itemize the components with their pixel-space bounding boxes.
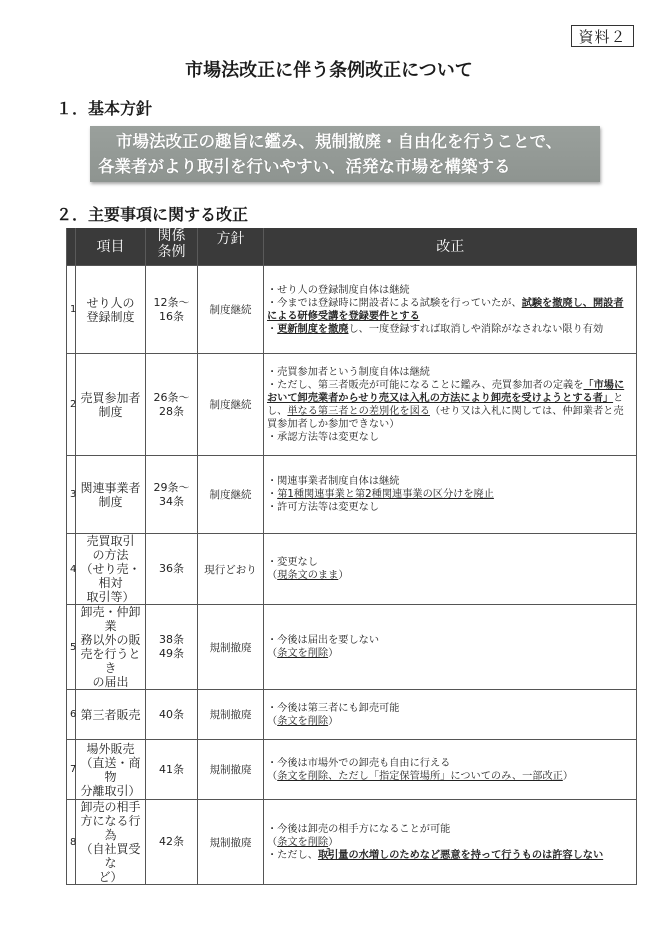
revision-line: ・今後は卸売の相手方になることが可能 bbox=[267, 823, 633, 836]
revision-line: ・承認方法等は変更なし bbox=[267, 431, 633, 444]
revision-text: （ bbox=[267, 716, 277, 727]
header-item: 項目 bbox=[76, 228, 146, 266]
revision-detail: ・関連事業者制度自体は継続・第1種関連事業と第2種関連事業の区分けを廃止・許可方… bbox=[264, 456, 637, 534]
policy-label: 規制撤廃 bbox=[198, 690, 264, 740]
revision-text: ・ bbox=[267, 489, 277, 500]
revision-text: ・売買参加者という制度自体は継続 bbox=[267, 367, 430, 378]
item-name: 第三者販売 bbox=[76, 690, 146, 740]
revision-detail: ・売買参加者という制度自体は継続・ただし、第三者販売が可能になることに鑑み、売買… bbox=[264, 354, 637, 456]
revision-line: ・今までは登録時に開設者による試験を行っていたが、試験を撤廃し、開設者による研修… bbox=[267, 297, 633, 323]
policy-label: 規制撤廃 bbox=[198, 800, 264, 885]
item-name: せり人の 登録制度 bbox=[76, 266, 146, 354]
header-articles: 関係 条例 bbox=[146, 228, 198, 266]
revision-line: ・関連事業者制度自体は継続 bbox=[267, 475, 633, 488]
policy-line-2: 各業者がより取引を行いやすい、活発な市場を構築する bbox=[98, 154, 592, 179]
related-articles: 42条 bbox=[146, 800, 198, 885]
revision-text: ・許可方法等は変更なし bbox=[267, 502, 379, 513]
revision-line: ・今後は届出を要しない bbox=[267, 634, 633, 647]
related-articles: 41条 bbox=[146, 740, 198, 800]
revision-text: （ bbox=[267, 648, 277, 659]
revision-text: ・今後は市場外での卸売も自由に行える bbox=[267, 758, 450, 769]
section-heading-basic-policy: １．基本方針 bbox=[56, 96, 152, 119]
revision-detail: ・せり人の登録制度自体は継続・今までは登録時に開設者による試験を行っていたが、試… bbox=[264, 266, 637, 354]
page-number: 1 bbox=[0, 846, 658, 859]
row-number: 3 bbox=[67, 456, 76, 534]
revision-line: ・変更なし bbox=[267, 556, 633, 569]
page-title: 市場法改正に伴う条例改正について bbox=[0, 56, 658, 82]
item-name: 売買取引 の方法 （せり売・相対 取引等） bbox=[76, 534, 146, 605]
table-row: 1せり人の 登録制度12条～ 16条制度継続・せり人の登録制度自体は継続・今まで… bbox=[67, 266, 637, 354]
revision-line: （条文を削除） bbox=[267, 647, 633, 660]
revision-line: ・第1種関連事業と第2種関連事業の区分けを廃止 bbox=[267, 488, 633, 501]
emphasized-text: 更新制度を撤廃 bbox=[277, 324, 348, 335]
policy-label: 制度継続 bbox=[198, 266, 264, 354]
row-number: 8 bbox=[67, 800, 76, 885]
policy-label: 規制撤廃 bbox=[198, 605, 264, 690]
revision-text: ） bbox=[328, 648, 338, 659]
revision-line: ・せり人の登録制度自体は継続 bbox=[267, 284, 633, 297]
revision-text: ・変更なし bbox=[267, 557, 318, 568]
related-articles: 40条 bbox=[146, 690, 198, 740]
related-articles: 36条 bbox=[146, 534, 198, 605]
emphasized-text: 現条文のまま bbox=[277, 570, 338, 581]
revision-line: ・今後は市場外での卸売も自由に行える bbox=[267, 757, 633, 770]
table-row: 3関連事業者 制度29条～ 34条制度継続・関連事業者制度自体は継続・第1種関連… bbox=[67, 456, 637, 534]
table-header-row: 項目 関係 条例 方針 改正 bbox=[67, 228, 637, 266]
header-policy: 方針 bbox=[198, 228, 264, 266]
item-name: 売買参加者 制度 bbox=[76, 354, 146, 456]
related-articles: 38条 49条 bbox=[146, 605, 198, 690]
policy-label: 制度継続 bbox=[198, 354, 264, 456]
revision-line: （条文を削除） bbox=[267, 715, 633, 728]
header-revision: 改正 bbox=[264, 228, 637, 266]
policy-label: 規制撤廃 bbox=[198, 740, 264, 800]
document-tag: 資料２ bbox=[571, 25, 634, 47]
row-number: 7 bbox=[67, 740, 76, 800]
revision-line: ・更新制度を撤廃し、一度登録すれば取消しや消除がなされない限り有効 bbox=[267, 323, 633, 336]
revision-line: ・売買参加者という制度自体は継続 bbox=[267, 366, 633, 379]
revision-detail: ・変更なし（現条文のまま） bbox=[264, 534, 637, 605]
item-name: 関連事業者 制度 bbox=[76, 456, 146, 534]
section-heading-main-revisions: ２．主要事項に関する改正 bbox=[56, 202, 248, 225]
table-row: 7場外販売 （直送・商物 分離取引）41条規制撤廃・今後は市場外での卸売も自由に… bbox=[67, 740, 637, 800]
revision-detail: ・今後は届出を要しない（条文を削除） bbox=[264, 605, 637, 690]
table-row: 4売買取引 の方法 （せり売・相対 取引等）36条現行どおり・変更なし（現条文の… bbox=[67, 534, 637, 605]
revision-detail: ・今後は市場外での卸売も自由に行える（条文を削除、ただし「指定保管場所」について… bbox=[264, 740, 637, 800]
related-articles: 12条～ 16条 bbox=[146, 266, 198, 354]
basic-policy-box: 市場法改正の趣旨に鑑み、規制撤廃・自由化を行うことで、 各業者がより取引を行いや… bbox=[90, 126, 600, 182]
revision-text: ・今後は第三者にも卸売可能 bbox=[267, 703, 399, 714]
revision-line: ・今後は第三者にも卸売可能 bbox=[267, 702, 633, 715]
revision-text: し、一度登録すれば取消しや消除がなされない限り有効 bbox=[349, 324, 604, 335]
related-articles: 29条～ 34条 bbox=[146, 456, 198, 534]
revision-text: （ bbox=[267, 570, 277, 581]
row-number: 2 bbox=[67, 354, 76, 456]
revision-text: ・今後は卸売の相手方になることが可能 bbox=[267, 824, 450, 835]
revision-line: （現条文のまま） bbox=[267, 569, 633, 582]
revision-text: ・今までは登録時に開設者による試験を行っていたが、 bbox=[267, 298, 522, 309]
revision-text: ） bbox=[563, 771, 573, 782]
row-number: 4 bbox=[67, 534, 76, 605]
row-number: 6 bbox=[67, 690, 76, 740]
revision-text: ・ bbox=[267, 324, 277, 335]
row-number: 1 bbox=[67, 266, 76, 354]
table-row: 5卸売・仲卸業 務以外の販 売を行うとき の届出38条 49条規制撤廃・今後は届… bbox=[67, 605, 637, 690]
policy-line-1: 市場法改正の趣旨に鑑み、規制撤廃・自由化を行うことで、 bbox=[98, 129, 592, 154]
item-name: 卸売・仲卸業 務以外の販 売を行うとき の届出 bbox=[76, 605, 146, 690]
revision-text: ） bbox=[328, 716, 338, 727]
item-name: 場外販売 （直送・商物 分離取引） bbox=[76, 740, 146, 800]
revision-line: （条文を削除、ただし「指定保管場所」についてのみ、一部改正） bbox=[267, 770, 633, 783]
emphasized-text: 第1種関連事業と第2種関連事業の区分けを廃止 bbox=[277, 489, 494, 500]
table-row: 2売買参加者 制度26条～ 28条制度継続・売買参加者という制度自体は継続・ただ… bbox=[67, 354, 637, 456]
related-articles: 26条～ 28条 bbox=[146, 354, 198, 456]
revision-text: ・関連事業者制度自体は継続 bbox=[267, 476, 399, 487]
revision-detail: ・今後は卸売の相手方になることが可能（条文を削除）・ただし、取引量の水増しのため… bbox=[264, 800, 637, 885]
emphasized-text: 単なる第三者との差別化を図る bbox=[287, 406, 430, 417]
revision-detail: ・今後は第三者にも卸売可能（条文を削除） bbox=[264, 690, 637, 740]
revision-text: ） bbox=[338, 570, 348, 581]
item-name: 卸売の相手 方になる行為 （自社買受な ど） bbox=[76, 800, 146, 885]
emphasized-text: 条文を削除、ただし「指定保管場所」についてのみ、一部改正 bbox=[277, 771, 563, 782]
revision-text: （ bbox=[267, 771, 277, 782]
policy-label: 制度継続 bbox=[198, 456, 264, 534]
header-num bbox=[67, 228, 76, 266]
table-row: 8卸売の相手 方になる行為 （自社買受な ど）42条規制撤廃・今後は卸売の相手方… bbox=[67, 800, 637, 885]
revision-text: ・今後は届出を要しない bbox=[267, 635, 379, 646]
policy-label: 現行どおり bbox=[198, 534, 264, 605]
table-row: 6第三者販売40条規制撤廃・今後は第三者にも卸売可能（条文を削除） bbox=[67, 690, 637, 740]
emphasized-text: 条文を削除 bbox=[277, 648, 328, 659]
revision-line: ・許可方法等は変更なし bbox=[267, 501, 633, 514]
revision-table: 項目 関係 条例 方針 改正 1せり人の 登録制度12条～ 16条制度継続・せり… bbox=[66, 228, 637, 885]
emphasized-text: 条文を削除 bbox=[277, 716, 328, 727]
row-number: 5 bbox=[67, 605, 76, 690]
revision-text: ・承認方法等は変更なし bbox=[267, 432, 379, 443]
revision-text: ・ただし、第三者販売が可能になることに鑑み、売買参加者の定義を bbox=[267, 380, 583, 391]
revision-text: ・せり人の登録制度自体は継続 bbox=[267, 285, 410, 296]
revision-line: ・ただし、第三者販売が可能になることに鑑み、売買参加者の定義を「市場において卸売… bbox=[267, 379, 633, 431]
